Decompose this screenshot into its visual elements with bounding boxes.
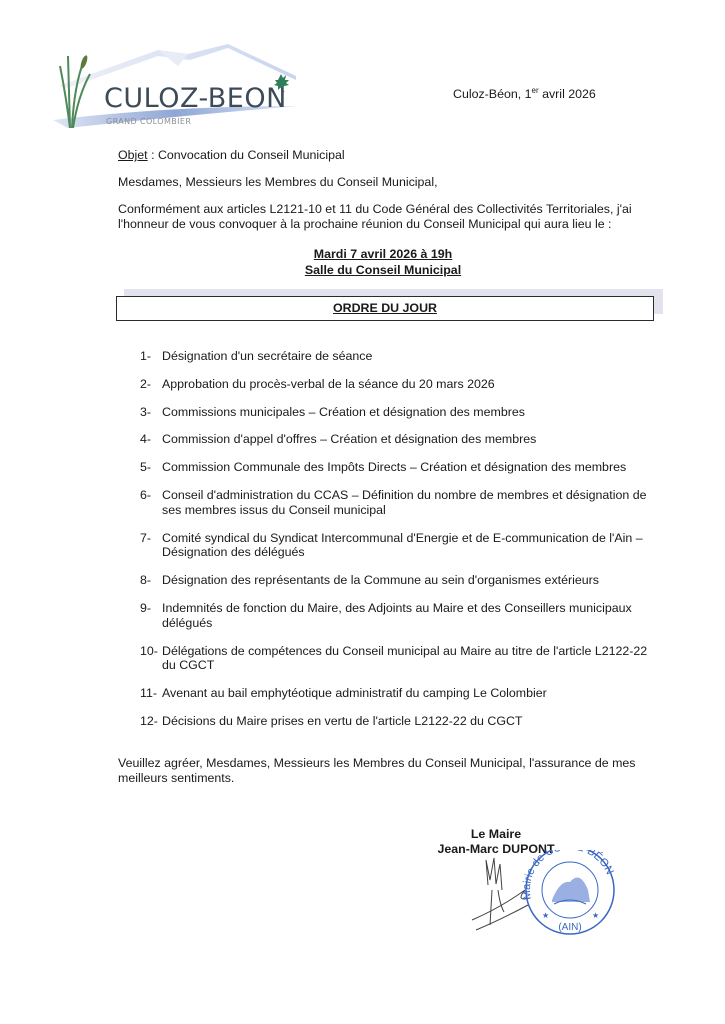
agenda-item-number: 9- xyxy=(140,601,151,616)
agenda-item: 5-Commission Communale des Impôts Direct… xyxy=(140,460,680,475)
agenda-item-text: Approbation du procès-verbal de la séanc… xyxy=(162,377,495,391)
agenda-item: 6-Conseil d'administration du CCAS – Déf… xyxy=(140,488,652,518)
agenda-item: 4-Commission d'appel d'offres – Création… xyxy=(140,432,680,447)
agenda-item-text: Avenant au bail emphytéotique administra… xyxy=(162,686,547,700)
place-date-place: Culoz-Béon, 1 xyxy=(453,87,532,101)
agenda-item-text: Commission d'appel d'offres – Création e… xyxy=(162,432,536,446)
municipality-logo: CULOZ-BEON GRAND COLOMBIER xyxy=(48,36,298,136)
agenda-item: 10-Délégations de compétences du Conseil… xyxy=(140,644,662,674)
agenda-item-number: 3- xyxy=(140,405,151,420)
agenda-item-text: Commissions municipales – Création et dé… xyxy=(162,405,525,419)
svg-text:★: ★ xyxy=(542,911,549,920)
stamp-seal-icon: Mairie de CULOZ-BÉON ★ ★ (AIN) xyxy=(521,850,616,934)
agenda-item: 3-Commissions municipales – Création et … xyxy=(140,405,680,420)
intro-paragraph: Conformément aux articles L2121-10 et 11… xyxy=(118,202,683,232)
agenda-item-text: Désignation des représentants de la Comm… xyxy=(162,573,599,587)
agenda-item-number: 6- xyxy=(140,488,151,503)
agenda-item-number: 11- xyxy=(140,686,157,701)
agenda-list: 1-Désignation d'un secrétaire de séance … xyxy=(140,349,680,729)
agenda-item-text: Délégations de compétences du Conseil mu… xyxy=(162,644,647,673)
agenda-item: 9-Indemnités de fonction du Maire, des A… xyxy=(140,601,672,631)
place-date-date: avril 2026 xyxy=(539,87,596,101)
subject-text: : Convocation du Conseil Municipal xyxy=(148,148,345,162)
logo-name: CULOZ-BEON xyxy=(104,83,287,114)
agenda-item-text: Indemnités de fonction du Maire, des Adj… xyxy=(162,601,632,630)
agenda-item: 12-Décisions du Maire prises en vertu de… xyxy=(140,714,680,729)
agenda-title: ORDRE DU JOUR xyxy=(333,301,437,315)
signatory-title: Le Maire xyxy=(436,827,556,842)
agenda-item: 11-Avenant au bail emphytéotique adminis… xyxy=(140,686,680,701)
official-stamp: Mairie de CULOZ-BÉON ★ ★ (AIN) xyxy=(470,850,660,953)
place-date: Culoz-Béon, 1er avril 2026 xyxy=(453,87,596,101)
meeting-place: Salle du Conseil Municipal xyxy=(118,262,648,278)
agenda-item-number: 7- xyxy=(140,531,151,546)
agenda-item-text: Décisions du Maire prises en vertu de l'… xyxy=(162,714,522,728)
meeting-date: Mardi 7 avril 2026 à 19h xyxy=(118,246,648,262)
stamp-bottom-text: (AIN) xyxy=(558,922,581,933)
svg-text:★: ★ xyxy=(592,911,599,920)
agenda-item-number: 12- xyxy=(140,714,158,729)
agenda-item-number: 1- xyxy=(140,349,151,364)
agenda-item-text: Commission Communale des Impôts Directs … xyxy=(162,460,626,474)
place-date-ordinal: er xyxy=(532,86,539,95)
agenda-item-text: Comité syndical du Syndicat Intercommuna… xyxy=(162,531,643,560)
agenda-item: 2-Approbation du procès-verbal de la séa… xyxy=(140,377,680,392)
agenda-item-number: 4- xyxy=(140,432,151,447)
agenda-item-number: 5- xyxy=(140,460,151,475)
subject-label: Objet xyxy=(118,148,148,162)
logo-subtitle: GRAND COLOMBIER xyxy=(106,117,191,126)
agenda-item: 7-Comité syndical du Syndicat Intercommu… xyxy=(140,531,682,561)
agenda-item: 8-Désignation des représentants de la Co… xyxy=(140,573,680,588)
agenda-title-box: ORDRE DU JOUR xyxy=(116,296,654,321)
agenda-item-text: Désignation d'un secrétaire de séance xyxy=(162,349,372,363)
agenda-item-number: 8- xyxy=(140,573,151,588)
agenda-item: 1-Désignation d'un secrétaire de séance xyxy=(140,349,680,364)
agenda-item-number: 10- xyxy=(140,644,158,659)
agenda-item-text: Conseil d'administration du CCAS – Défin… xyxy=(162,488,647,517)
subject-line: Objet : Convocation du Conseil Municipal xyxy=(118,148,678,163)
closing-paragraph: Veuillez agréer, Mesdames, Messieurs les… xyxy=(118,756,663,786)
salutation: Mesdames, Messieurs les Membres du Conse… xyxy=(118,175,678,190)
agenda-item-number: 2- xyxy=(140,377,151,392)
